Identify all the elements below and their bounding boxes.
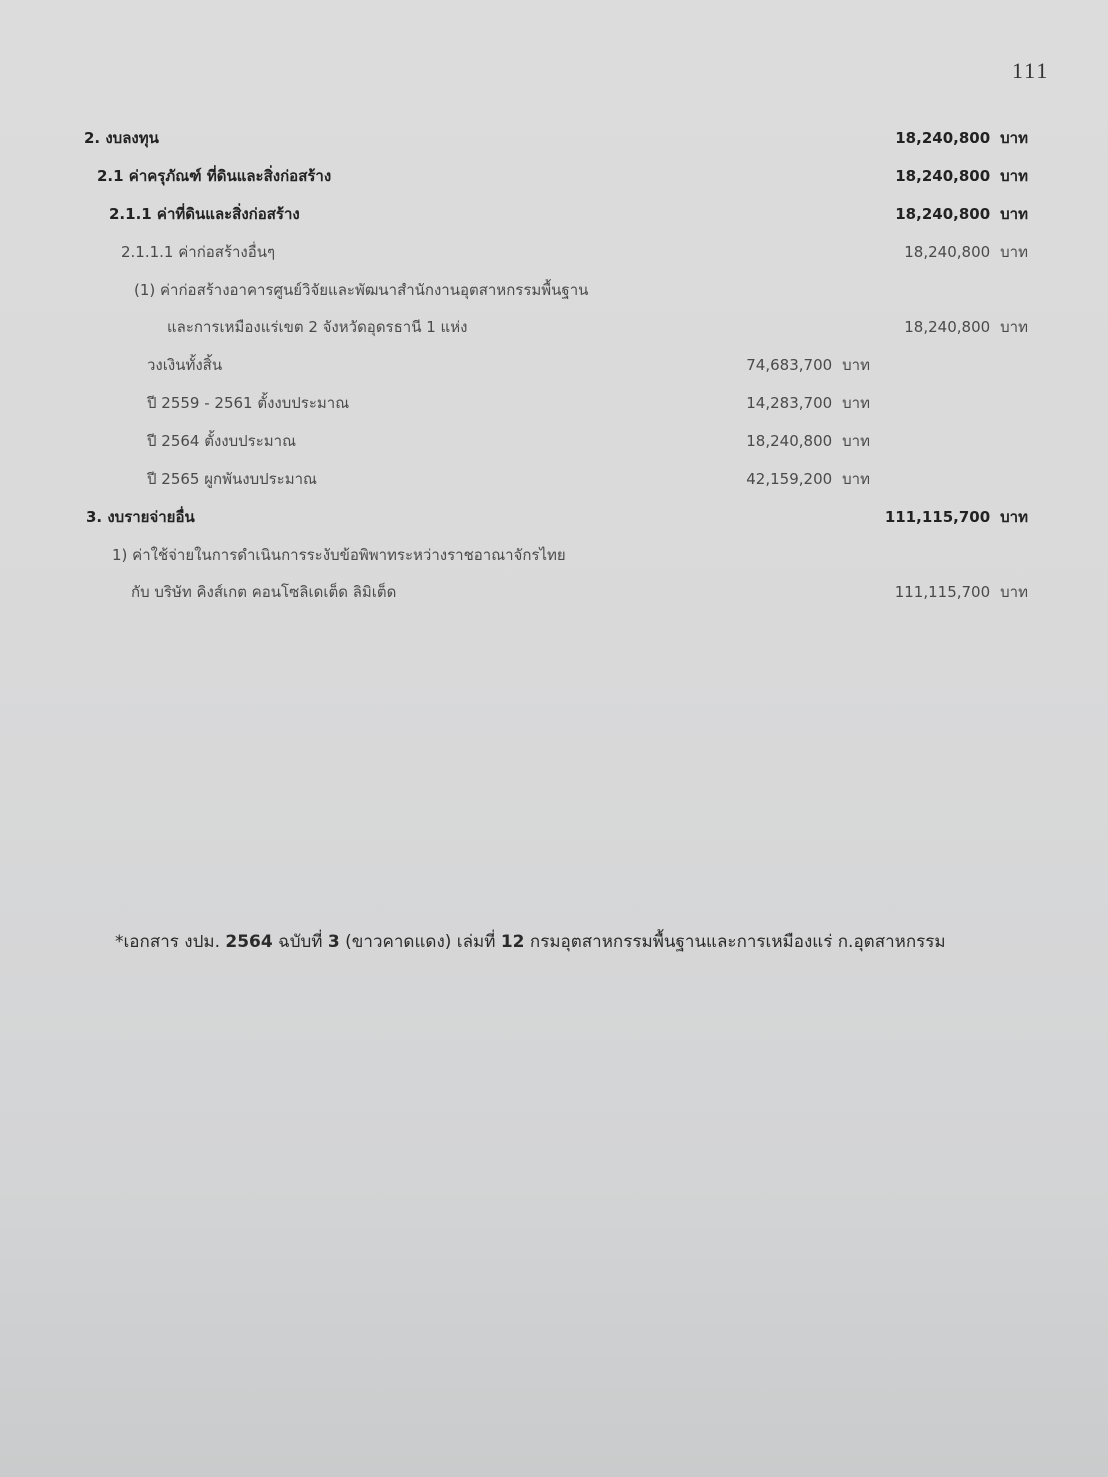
breakdown-amount: 14,283,700บาท [746,388,870,418]
item-label: กับ บริษัท คิงส์เกต คอนโซลิเดเต็ด ลิมิเต… [131,577,396,607]
item-amount: 18,240,800บาท [895,199,1028,229]
item-amount: 111,115,700บาท [895,577,1028,607]
item-label: (1) ค่าก่อสร้างอาคารศูนย์วิจัยและพัฒนาสำ… [134,275,588,305]
item-label: 2.1.1 ค่าที่ดินและสิ่งก่อสร้าง [109,199,300,229]
item-label: 2.1 ค่าครุภัณฑ์ ที่ดินและสิ่งก่อสร้าง [97,161,331,191]
item-equipment-land-buildings: 2.1 ค่าครุภัณฑ์ ที่ดินและสิ่งก่อสร้าง 18… [0,161,1108,191]
item-other-expenses: 3. งบรายจ่ายอื่น 111,115,700บาท [0,502,1108,532]
breakdown-2564: ปี 2564 ตั้งงบประมาณ 18,240,800บาท [0,426,1108,456]
item-other-construction: 2.1.1.1 ค่าก่อสร้างอื่นๆ 18,240,800บาท [0,237,1108,267]
breakdown-label: วงเงินทั้งสิ้น [147,350,222,380]
item-dispute-line2: กับ บริษัท คิงส์เกต คอนโซลิเดเต็ด ลิมิเต… [0,577,1108,607]
item-label: และการเหมืองแร่เขต 2 จังหวัดอุดรธานี 1 แ… [167,312,467,342]
item-land-buildings: 2.1.1 ค่าที่ดินและสิ่งก่อสร้าง 18,240,80… [0,199,1108,229]
item-label: 3. งบรายจ่ายอื่น [86,502,195,532]
breakdown-amount: 18,240,800บาท [746,426,870,456]
item-amount: 18,240,800บาท [904,237,1028,267]
breakdown-label: ปี 2565 ผูกพันงบประมาณ [147,464,317,494]
item-research-center-line1: (1) ค่าก่อสร้างอาคารศูนย์วิจัยและพัฒนาสำ… [0,275,1108,305]
item-amount: 18,240,800บาท [895,123,1028,153]
breakdown-2559-2561: ปี 2559 - 2561 ตั้งงบประมาณ 14,283,700บา… [0,388,1108,418]
breakdown-amount: 74,683,700บาท [746,350,870,380]
item-capital-budget: 2. งบลงทุน 18,240,800บาท [0,123,1108,153]
item-dispute-line1: 1) ค่าใช้จ่ายในการดำเนินการระงับข้อพิพาท… [0,540,1108,570]
item-label: 2. งบลงทุน [84,123,159,153]
breakdown-total: วงเงินทั้งสิ้น 74,683,700บาท [0,350,1108,380]
item-label: 2.1.1.1 ค่าก่อสร้างอื่นๆ [121,237,275,267]
item-research-center-line2: และการเหมืองแร่เขต 2 จังหวัดอุดรธานี 1 แ… [0,312,1108,342]
breakdown-label: ปี 2559 - 2561 ตั้งงบประมาณ [147,388,349,418]
breakdown-amount: 42,159,200บาท [746,464,870,494]
item-amount: 111,115,700บาท [885,502,1028,532]
source-footnote: *เอกสาร งปม. 2564 ฉบับที่ 3 (ขาวคาดแดง) … [115,928,946,955]
item-amount: 18,240,800บาท [895,161,1028,191]
item-amount: 18,240,800บาท [904,312,1028,342]
page-number: 111 [1012,58,1049,84]
breakdown-label: ปี 2564 ตั้งงบประมาณ [147,426,296,456]
breakdown-2565: ปี 2565 ผูกพันงบประมาณ 42,159,200บาท [0,464,1108,494]
item-label: 1) ค่าใช้จ่ายในการดำเนินการระงับข้อพิพาท… [112,540,566,570]
